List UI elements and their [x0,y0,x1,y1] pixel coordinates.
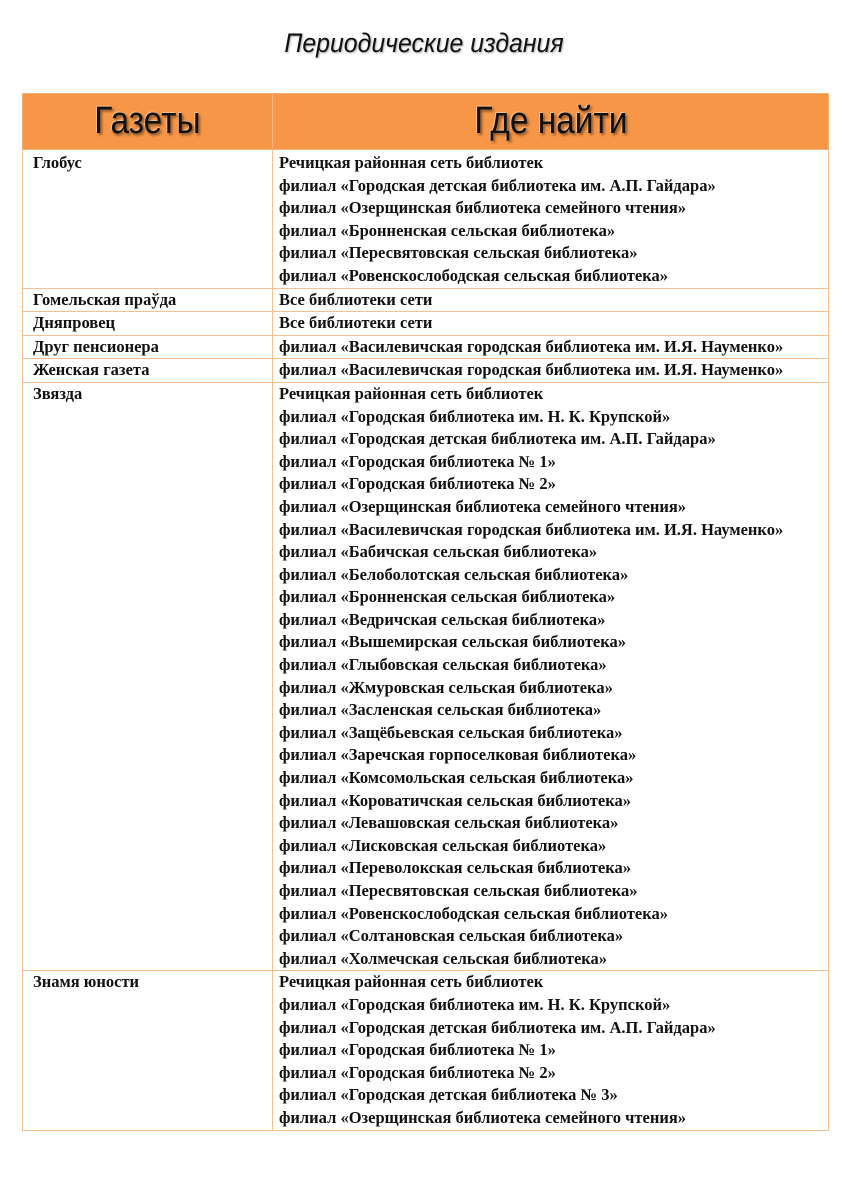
library-location: филиал «Холмечская сельская библиотека» [279,948,818,971]
library-location: филиал «Ровенскослободская сельская библ… [279,265,818,288]
library-location: филиал «Городская библиотека № 2» [279,1062,818,1085]
locations-cell: Речицкая районная сеть библиотекфилиал «… [273,150,829,289]
library-location: филиал «Пересвятовская сельская библиоте… [279,880,818,903]
library-location: филиал «Василевичская городская библиоте… [279,359,818,382]
library-location: Речицкая районная сеть библиотек [279,971,818,994]
library-location: филиал «Короватичская сельская библиотек… [279,790,818,813]
page-title: Периодические издания [34,28,814,59]
table-row: Гомельская праўдаВсе библиотеки сети [23,288,829,312]
library-location: филиал «Жмуровская сельская библиотека» [279,677,818,700]
newspaper-name-cell: Женская газета [23,359,273,383]
library-location: филиал «Засленская сельская библиотека» [279,699,818,722]
newspaper-name-cell: Глобус [23,150,273,289]
library-location: филиал «Городская детская библиотека им.… [279,428,818,451]
library-location: филиал «Городская детская библиотека им.… [279,175,818,198]
library-location: филиал «Василевичская городская библиоте… [279,336,818,359]
library-location: филиал «Городская библиотека № 2» [279,473,818,496]
library-location: филиал «Городская библиотека № 1» [279,1039,818,1062]
library-location: филиал «Бронненская сельская библиотека» [279,220,818,243]
library-location: филиал «Белоболотская сельская библиотек… [279,564,818,587]
library-location: филиал «Василевичская городская библиоте… [279,519,818,542]
library-location: филиал «Лисковская сельская библиотека» [279,835,818,858]
library-location: филиал «Городская детская библиотека им.… [279,1017,818,1040]
newspaper-name-cell: Дняпровец [23,312,273,336]
column-header-where-to-find: Где найти [273,94,829,150]
locations-cell: Речицкая районная сеть библиотекфилиал «… [273,971,829,1130]
library-location: филиал «Переволокская сельская библиотек… [279,857,818,880]
newspaper-name-cell: Звязда [23,382,273,970]
library-location: филиал «Вышемирская сельская библиотека» [279,631,818,654]
library-location: филиал «Пересвятовская сельская библиоте… [279,242,818,265]
newspaper-name-cell: Гомельская праўда [23,288,273,312]
table-row: Знамя юностиРечицкая районная сеть библи… [23,971,829,1130]
library-location: филиал «Бронненская сельская библиотека» [279,586,818,609]
newspaper-name-cell: Знамя юности [23,971,273,1130]
table-row: Женская газетафилиал «Василевичская горо… [23,359,829,383]
newspaper-name-cell: Друг пенсионера [23,335,273,359]
library-location: филиал «Озерщинская библиотека семейного… [279,1107,818,1130]
column-header-newspapers: Газеты [23,94,273,150]
library-location: филиал «Левашовская сельская библиотека» [279,812,818,835]
table-row: Друг пенсионерафилиал «Василевичская гор… [23,335,829,359]
library-location: филиал «Озерщинская библиотека семейного… [279,496,818,519]
library-location: филиал «Городская библиотека им. Н. К. К… [279,406,818,429]
library-location: филиал «Городская библиотека № 1» [279,451,818,474]
table-row: ЗвяздаРечицкая районная сеть библиотекфи… [23,382,829,970]
table-header-row: Газеты Где найти [23,94,829,150]
table-row: ДняпровецВсе библиотеки сети [23,312,829,336]
library-location: филиал «Комсомольская сельская библиотек… [279,767,818,790]
library-location: Все библиотеки сети [279,289,818,312]
periodicals-table: Газеты Где найти ГлобусРечицкая районная… [22,93,829,1131]
table-row: ГлобусРечицкая районная сеть библиотекфи… [23,150,829,289]
locations-cell: Все библиотеки сети [273,312,829,336]
library-location: Речицкая районная сеть библиотек [279,152,818,175]
library-location: филиал «Озерщинская библиотека семейного… [279,197,818,220]
library-location: филиал «Ведричская сельская библиотека» [279,609,818,632]
library-location: филиал «Глыбовская сельская библиотека» [279,654,818,677]
locations-cell: Все библиотеки сети [273,288,829,312]
locations-cell: филиал «Василевичская городская библиоте… [273,359,829,383]
library-location: Все библиотеки сети [279,312,818,335]
library-location: филиал «Защёбьевская сельская библиотека… [279,722,818,745]
library-location: Речицкая районная сеть библиотек [279,383,818,406]
library-location: филиал «Бабичская сельская библиотека» [279,541,818,564]
library-location: филиал «Ровенскослободская сельская библ… [279,903,818,926]
library-location: филиал «Заречская горпоселковая библиоте… [279,744,818,767]
table-body: ГлобусРечицкая районная сеть библиотекфи… [23,150,829,1131]
locations-cell: Речицкая районная сеть библиотекфилиал «… [273,382,829,970]
library-location: филиал «Городская библиотека им. Н. К. К… [279,994,818,1017]
locations-cell: филиал «Василевичская городская библиоте… [273,335,829,359]
library-location: филиал «Солтановская сельская библиотека… [279,925,818,948]
library-location: филиал «Городская детская библиотека № 3… [279,1084,818,1107]
